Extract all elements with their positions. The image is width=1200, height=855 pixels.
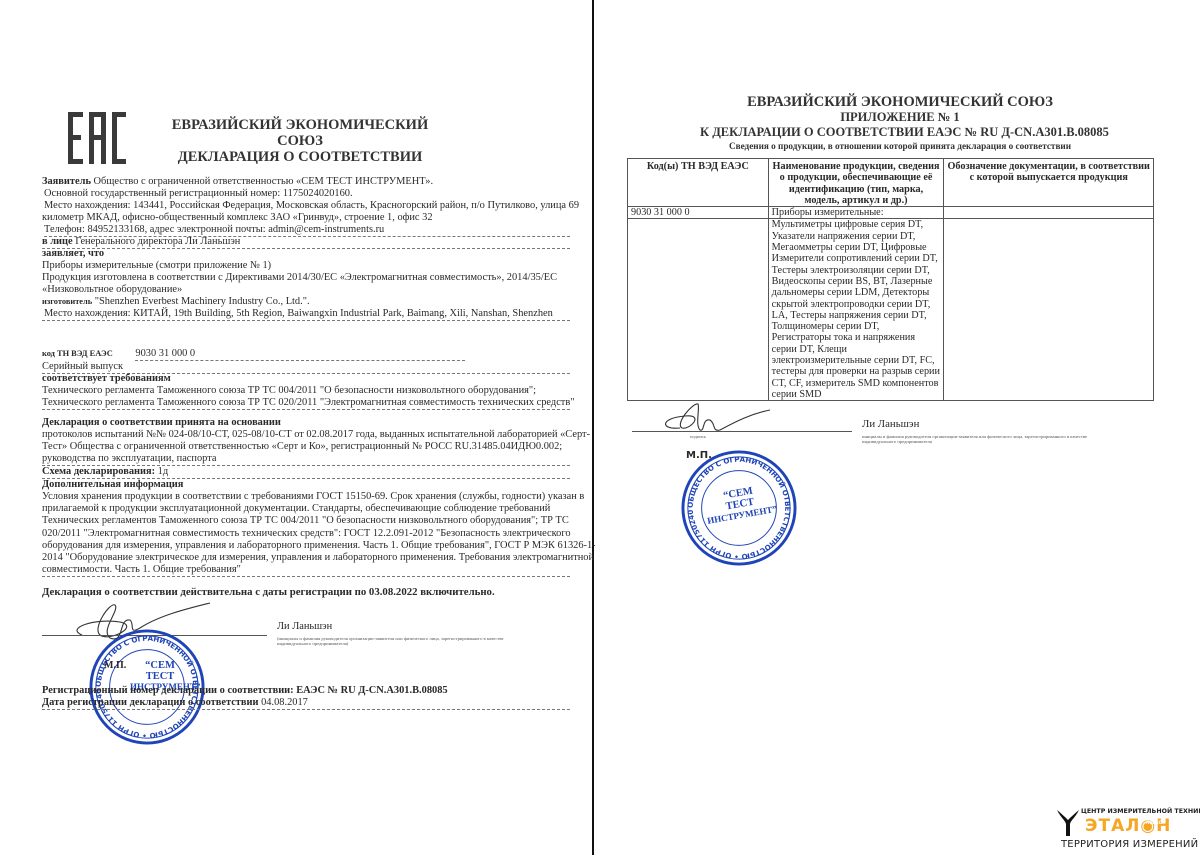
reg-number-label: Регистрационный номер декларации о соотв…: [42, 685, 294, 696]
directives-line: «Низковольтное оборудование»: [42, 284, 182, 296]
title-line: ЕВРАЗИЙСКИЙ ЭКОНОМИЧЕСКИЙ: [150, 117, 450, 133]
regulation-line: Технического регламента Таможенного союз…: [42, 397, 570, 410]
manufacturer-address: Место нахождения: КИТАЙ, 19th Building, …: [44, 308, 553, 320]
logo-bottom-text: ТЕРРИТОРИЯ ИЗМЕРЕНИЙ: [1061, 839, 1198, 850]
stamp-line: ТЕСТ: [130, 671, 190, 682]
signer-caption: индивидуального предпринимателя): [277, 641, 348, 647]
extra-line: оборудования для измерения, управления и…: [42, 540, 596, 552]
extra-line: Условия хранения продукции в соответстви…: [42, 491, 596, 503]
complies-label: соответствует требованиям: [42, 373, 171, 385]
basis-label: Декларация о соответствии принята на осн…: [42, 417, 281, 429]
reg-date-value: 04.08.2017: [259, 697, 308, 708]
eac-logo-icon: [68, 112, 126, 164]
product-line: Приборы измерительные (смотри приложение…: [42, 260, 271, 272]
basis-line: Тест» Общества с ограниченной ответствен…: [42, 441, 562, 453]
etalon-logo-icon: [1057, 810, 1079, 836]
applicant-line: Заявитель Общество с ограниченной ответс…: [42, 176, 433, 188]
mp-label-left: М.П.: [104, 660, 126, 671]
table-cell: 9030 31 000 0: [628, 207, 769, 219]
reg-date-label: Дата регистрации декларации о соответств…: [42, 697, 259, 708]
logo-badge: ПРИБОР: [1146, 820, 1165, 825]
signature-line: [632, 431, 852, 432]
scheme-value: 1д: [155, 466, 168, 477]
reg-date-line: Дата регистрации декларации о соответств…: [42, 697, 570, 710]
table-cell: [944, 219, 1154, 401]
table-cell: Мультиметры цифровые серия DT, Указатели…: [768, 219, 944, 401]
table-cell: [944, 207, 1154, 219]
title-line: ЕВРАЗИЙСКИЙ ЭКОНОМИЧЕСКИЙ СОЮЗ: [700, 94, 1100, 110]
address-line: Место нахождения: 143441, Российская Фед…: [44, 200, 579, 212]
manufacturer-label: изготовитель: [42, 297, 92, 306]
products-table: Код(ы) ТН ВЭД ЕАЭС Наименование продукци…: [627, 158, 1154, 401]
signer-caption: индивидуального предпринимателя: [862, 439, 932, 445]
manufacturer-line: изготовитель "Shenzhen Everbest Machiner…: [42, 296, 310, 308]
declares-label: заявляет, что: [42, 248, 104, 260]
logo-name: ЭТАЛ◉Н: [1085, 816, 1171, 836]
etalon-brand-logo[interactable]: ЦЕНТР ИЗМЕРИТЕЛЬНОЙ ТЕХНИКИ ЭТАЛ◉Н ПРИБО…: [1057, 808, 1197, 853]
table-row: Мультиметры цифровые серия DT, Указатели…: [628, 219, 1154, 401]
extra-info-text: Условия хранения продукции в соответстви…: [42, 491, 596, 577]
title-line: ПРИЛОЖЕНИЕ № 1: [700, 110, 1100, 125]
title-line: СОЮЗ: [150, 133, 450, 149]
directives-line: Продукция изготовлена в соответствии с Д…: [42, 272, 557, 284]
signature-icon: [650, 400, 780, 440]
annex-title: ЕВРАЗИЙСКИЙ ЭКОНОМИЧЕСКИЙ СОЮЗ ПРИЛОЖЕНИ…: [700, 94, 1100, 152]
represented-label: в лице: [42, 236, 73, 247]
extra-line: прилагаемой к продукции эксплуатационной…: [42, 503, 596, 515]
extra-line: 2014 "Оборудование электрическое для изм…: [42, 552, 596, 564]
scheme-label: Схема декларирования:: [42, 466, 155, 477]
code-line: код ТН ВЭД ЕАЭС 9030 31 000 0: [42, 348, 465, 361]
validity-line: Декларация о соответствии действительна …: [42, 586, 495, 598]
extra-line: 020/2011 "Электромагнитная совместимость…: [42, 528, 596, 540]
applicant-text: Общество с ограниченной ответственностью…: [91, 176, 433, 187]
table-header-row: Код(ы) ТН ВЭД ЕАЭС Наименование продукци…: [628, 159, 1154, 207]
code-label: код ТН ВЭД ЕАЭС: [42, 349, 113, 358]
manufacturer-text: "Shenzhen Everbest Machinery Industry Co…: [92, 296, 309, 307]
signature-caption: подпись: [690, 434, 706, 440]
code-value: 9030 31 000 0: [135, 348, 465, 361]
scheme-line: Схема декларирования: 1д: [42, 466, 570, 479]
table-cell: [628, 219, 769, 401]
signer-name: Ли Ланьшэн: [277, 621, 332, 633]
represented-line: в лице Генерального директора Ли Ланьшэн: [42, 236, 570, 249]
reg-number-line: Регистрационный номер декларации о соотв…: [42, 685, 448, 697]
extra-info-label: Дополнительная информация: [42, 479, 183, 491]
separator-line: [42, 320, 570, 321]
column-header: Наименование продукции, сведения о проду…: [768, 159, 944, 207]
ogrn-line: Основной государственный регистрационный…: [44, 188, 353, 200]
stamp-line: “СЕМ: [130, 660, 190, 671]
regulation-line: Технического регламента Таможенного союз…: [42, 385, 536, 397]
table-row: 9030 31 000 0 Приборы измерительные:: [628, 207, 1154, 219]
basis-line: протоколов испытаний №№ 024-08/10-СТ, 02…: [42, 429, 590, 441]
signer-name: Ли Ланьшэн: [862, 418, 919, 430]
reg-number-value: ЕАЭС № RU Д-CN.А301.В.08085: [294, 685, 448, 696]
extra-line: совместимости. Часть 1. Общие требования…: [42, 564, 570, 577]
logo-top-text: ЦЕНТР ИЗМЕРИТЕЛЬНОЙ ТЕХНИКИ: [1081, 808, 1200, 815]
column-header: Обозначение документации, в соответствии…: [944, 159, 1154, 207]
table-cell: Приборы измерительные:: [768, 207, 944, 219]
represented-text: Генерального директора Ли Ланьшэн: [73, 236, 241, 247]
applicant-label: Заявитель: [42, 176, 91, 187]
mp-label: М.П.: [104, 660, 126, 671]
basis-line: руководства по эксплуатации, паспорта: [42, 453, 570, 466]
declaration-title: ЕВРАЗИЙСКИЙ ЭКОНОМИЧЕСКИЙ СОЮЗ ДЕКЛАРАЦИ…: [150, 117, 450, 165]
title-line: ДЕКЛАРАЦИЯ О СООТВЕТСТВИИ: [150, 149, 450, 165]
annex-subtitle: Сведения о продукции, в отношении которо…: [700, 140, 1100, 152]
title-line: К ДЕКЛАРАЦИИ О СООТВЕТСТВИИ ЕАЭС № RU Д-…: [700, 125, 1100, 140]
address-line: километр МКАД, офисно-общественный компл…: [42, 212, 433, 224]
extra-line: Технических регламентов Таможенного союз…: [42, 515, 596, 527]
page-divider: [592, 0, 594, 855]
column-header: Код(ы) ТН ВЭД ЕАЭС: [628, 159, 769, 207]
